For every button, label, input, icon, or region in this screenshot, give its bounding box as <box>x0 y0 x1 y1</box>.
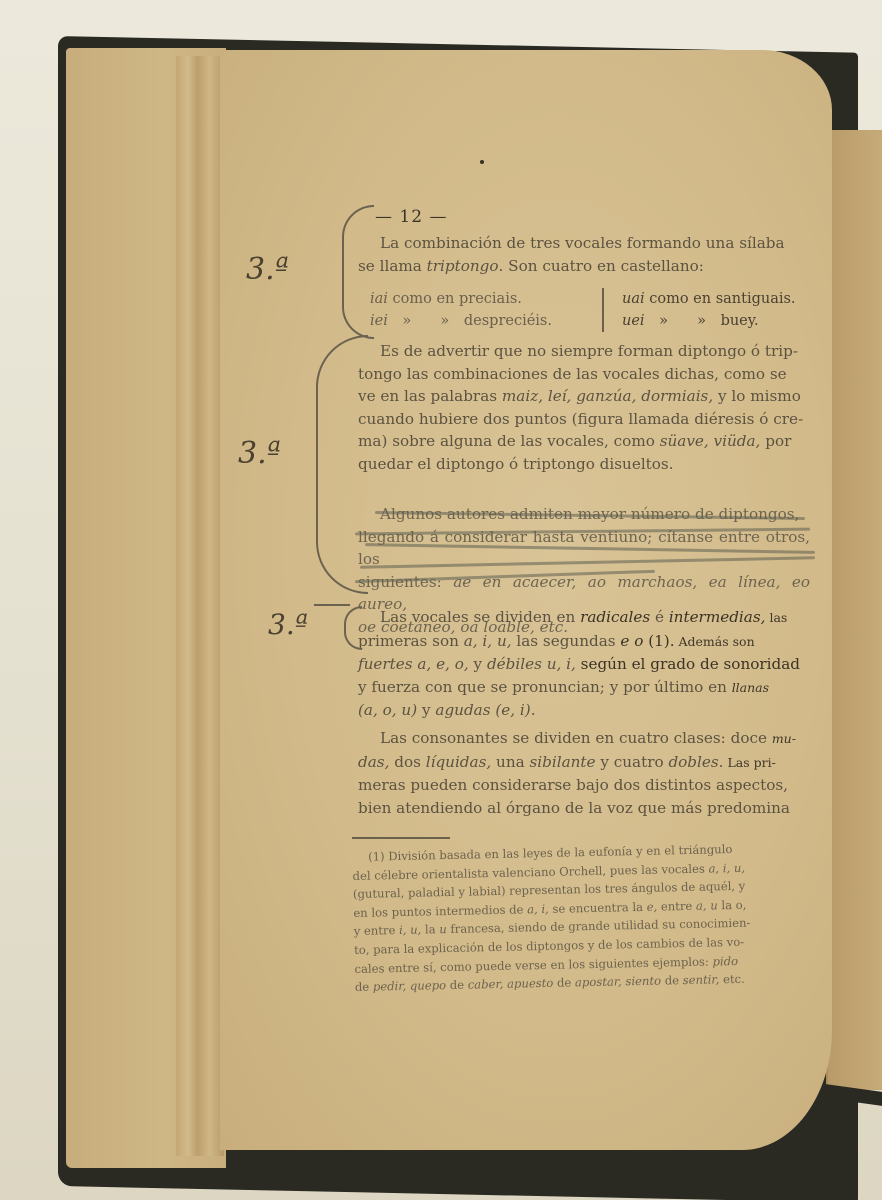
text-line: bien atendiendo al órgano de la voz que … <box>358 797 810 820</box>
strike-line <box>360 556 815 569</box>
strike-line <box>375 511 805 520</box>
text-line: das, dos líquidas, una sibilante y cuatr… <box>358 751 810 775</box>
margin-annotation: 3.ª <box>246 252 289 287</box>
ink-dot <box>480 160 484 164</box>
text-line: Las consonantes se dividen en cuatro cla… <box>358 727 810 751</box>
text-line: fuertes a, e, o, y débiles u, i, según e… <box>358 653 810 676</box>
text-line: y fuerza con que se pronuncian; y por úl… <box>358 676 810 700</box>
table-divider <box>602 288 604 332</box>
text-line: ve en las palabras maiz, leí, ganzúa, do… <box>358 385 810 408</box>
text-line: meras pueden considerarse bajo dos disti… <box>358 774 810 797</box>
page-number: — 12 — <box>375 207 447 227</box>
text-line: ma) sobre alguna de las vocales, como sü… <box>358 430 810 453</box>
advertir-paragraph: Es de advertir que no siempre forman dip… <box>358 340 810 475</box>
text-line: Es de advertir que no siempre forman dip… <box>358 340 810 363</box>
table-row: uai como en santiguais. <box>622 288 822 310</box>
footnote-reference[interactable]: (1). <box>648 632 674 650</box>
text-line: se llama triptongo. Son cuatro en castel… <box>358 255 810 278</box>
text-line: quedar el diptongo ó triptongo disueltos… <box>358 453 810 476</box>
margin-annotation: 3.ª <box>238 436 281 471</box>
term-triptongo: triptongo <box>427 257 499 275</box>
pencil-strikethrough <box>355 500 815 595</box>
table-column-left: iai como en preciais. iei»»despreciéis. <box>370 288 590 332</box>
strike-line <box>355 528 810 536</box>
consonantes-paragraph: Las consonantes se dividen en cuatro cla… <box>358 727 810 819</box>
text-line: Las vocales se dividen en radicales é in… <box>358 606 810 630</box>
triptongo-paragraph: La combinación de tres vocales formando … <box>358 232 810 277</box>
spine-fold <box>176 56 224 1156</box>
pencil-bracket-middle <box>316 335 368 594</box>
example-words: maiz, leí, ganzúa, dormiais, <box>502 387 713 405</box>
margin-annotation: 3.ª <box>268 608 308 641</box>
example-words: süave, viüda, <box>660 432 761 450</box>
pencil-bracket-top <box>342 205 374 339</box>
text-line: cuando hubiere dos puntos (figura llamad… <box>358 408 810 431</box>
table-row: iai como en preciais. <box>370 288 590 310</box>
footnote: (1) División basada en las leyes de la e… <box>352 838 825 997</box>
table-column-right: uai como en santiguais. uei»»buey. <box>622 288 822 332</box>
vocales-paragraph: Las vocales se dividen en radicales é in… <box>358 606 810 722</box>
text-line: (a, o, u) y agudas (e, i). <box>358 699 810 722</box>
strike-line <box>365 543 815 554</box>
strike-line <box>355 570 655 583</box>
table-row: uei»»buey. <box>622 310 822 332</box>
pencil-dash <box>314 604 350 606</box>
next-page-edge <box>826 130 882 1090</box>
text-line: La combinación de tres vocales formando … <box>358 232 810 255</box>
footnote-rule <box>352 837 450 839</box>
text-line: primeras son a, i, u, las segundas e o (… <box>358 630 810 654</box>
table-row: iei»»despreciéis. <box>370 310 590 332</box>
text-line: tongo las combinaciones de las vocales d… <box>358 363 810 386</box>
